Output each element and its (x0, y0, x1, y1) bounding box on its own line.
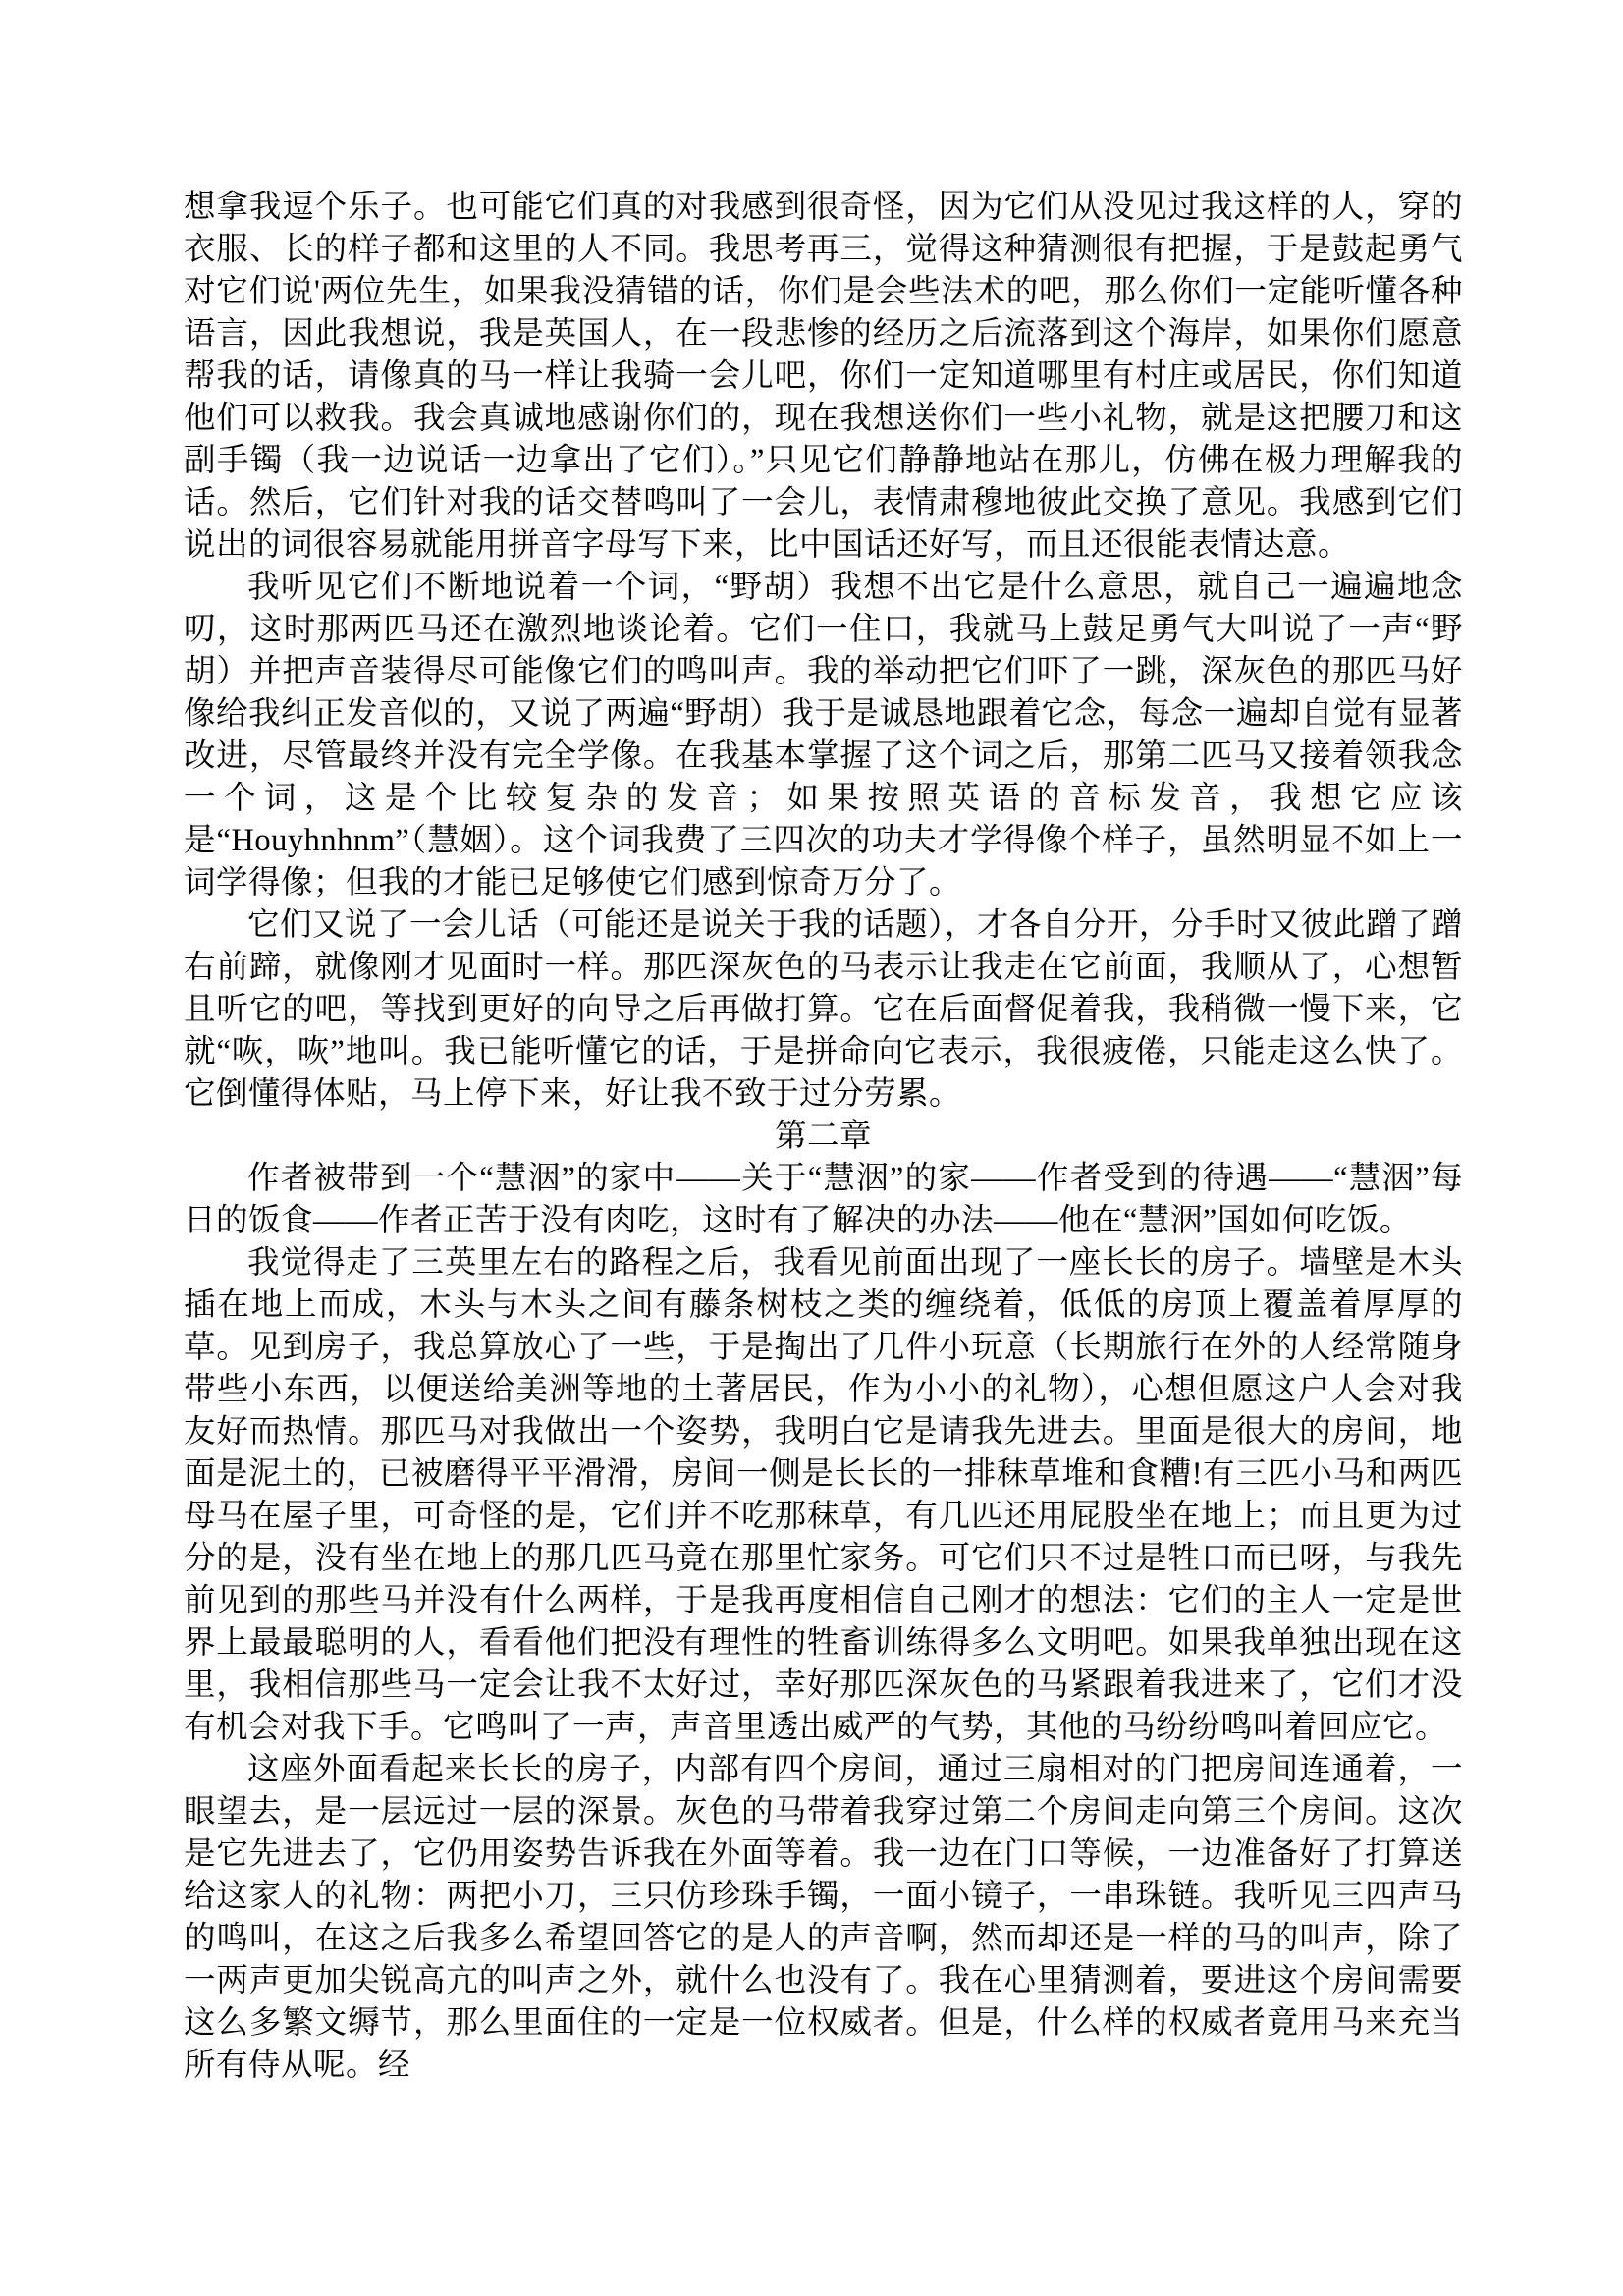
paragraph-horses-part: 它们又说了一会儿话（可能还是说关于我的话题），才各自分开，分手时又彼此蹭了蹭右前… (184, 904, 1463, 1116)
paragraph-four-rooms: 这座外面看起来长长的房子，内部有四个房间，通过三扇相对的门把房间连通着，一眼望去… (184, 1749, 1463, 2087)
chapter-heading: 第二章 (184, 1116, 1463, 1158)
paragraph-continuation: 想拿我逗个乐子。也可能它们真的对我感到很奇怪，因为它们从没见过我这样的人，穿的衣… (184, 187, 1463, 567)
document-page: 想拿我逗个乐子。也可能它们真的对我感到很奇怪，因为它们从没见过我这样的人，穿的衣… (0, 0, 1623, 2296)
paragraph-yahoo-word: 我听见它们不断地说着一个词，“野胡）我想不出它是什么意思，就自己一遍遍地念叨，这… (184, 567, 1463, 904)
chapter-summary: 作者被带到一个“慧洇”的家中——关于“慧洇”的家——作者受到的待遇——“慧洇”每… (184, 1158, 1463, 1242)
page-text: 想拿我逗个乐子。也可能它们真的对我感到很奇怪，因为它们从没见过我这样的人，穿的衣… (184, 187, 1463, 2087)
paragraph-long-house: 我觉得走了三英里左右的路程之后，我看见前面出现了一座长长的房子。墙壁是木头插在地… (184, 1242, 1463, 1749)
